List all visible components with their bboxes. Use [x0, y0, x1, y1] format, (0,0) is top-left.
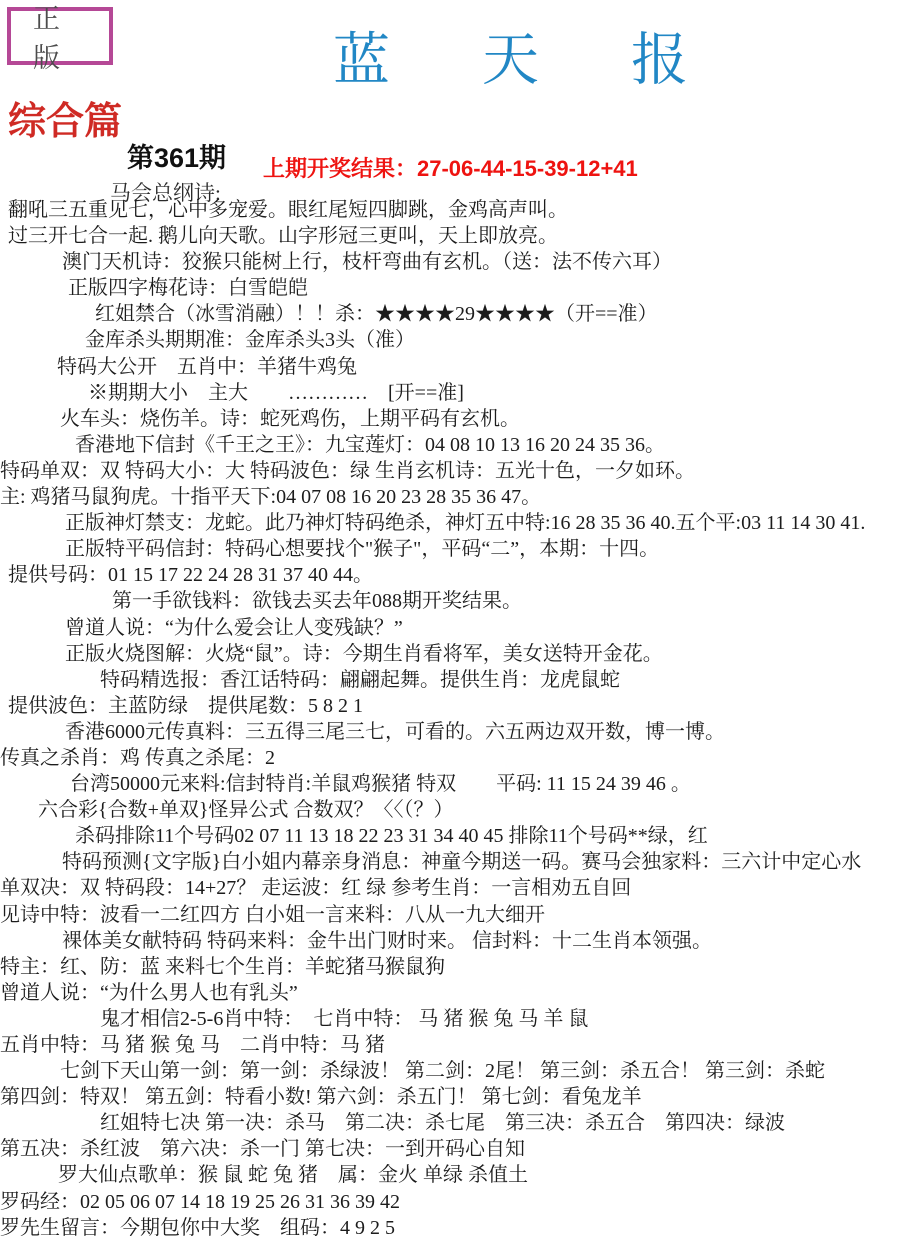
- text-line: 特码精选报：香江话特码：翩翩起舞。提供生肖：龙虎鼠蛇: [0, 667, 900, 693]
- text-line: 正版神灯禁支：龙蛇。此乃神灯特码绝杀，神灯五中特:16 28 35 36 40.…: [0, 510, 900, 536]
- text-line: 罗先生留言：今期包你中大奖 组码：4 9 2 5: [0, 1215, 900, 1241]
- text-line: 正版特平码信封：特码心想要找个"猴子"，平码“二”，本期：十四。: [0, 536, 900, 562]
- text-line: 罗码经：02 05 06 07 14 18 19 25 26 31 36 39 …: [0, 1189, 900, 1215]
- text-line: 第四剑：特双！ 第五剑：特看小数! 第六剑：杀五门！ 第七剑：看兔龙羊: [0, 1084, 900, 1110]
- text-line: 正版火烧图解：火烧“鼠”。诗：今期生肖看将军，美女送特开金花。: [0, 641, 900, 667]
- authentic-stamp: 正版: [7, 7, 113, 65]
- text-line: 澳门天机诗：狡猴只能树上行，枝杆弯曲有玄机。（送：法不传六耳）: [0, 249, 900, 275]
- text-line: 曾道人说：“为什么男人也有乳头”: [0, 980, 900, 1006]
- text-line: 曾道人说：“为什么爱会让人变残缺？”: [0, 615, 900, 641]
- text-line: 特主：红、防：蓝 来料七个生肖：羊蛇猪马猴鼠狗: [0, 954, 900, 980]
- text-line: 罗大仙点歌单：猴 鼠 蛇 兔 猪 属：金火 单绿 杀值土: [0, 1162, 900, 1188]
- text-line: 提供号码：01 15 17 22 24 28 31 37 40 44。: [0, 562, 900, 588]
- paper-title: 蓝天报: [333, 14, 780, 96]
- text-line: ※期期大小 主大 ………… [开==准]: [0, 380, 900, 406]
- text-line: 香港地下信封《千王之王》：九宝莲灯：04 08 10 13 16 20 24 3…: [0, 432, 900, 458]
- text-line: 翻吼三五重见七，心中多宠爱。眼红尾短四脚跳，金鸡高声叫。: [0, 197, 900, 223]
- text-line: 见诗中特：波看一二红四方 白小姐一言来料：八从一九大细开: [0, 902, 900, 928]
- text-line: 红姐禁合（冰雪消融）！！杀：★★★★29★★★★（开==准）: [0, 301, 900, 327]
- text-line: 单双决：双 特码段：14+27？ 走运波：红 绿 参考生肖：一言相劝五自回: [0, 875, 900, 901]
- text-line: 金库杀头期期准：金库杀头3头（准）: [0, 327, 900, 353]
- newspaper-page: 正版 蓝天报 综合篇 第361期 上期开奖结果：27-06-44-15-39-1…: [0, 0, 900, 1243]
- text-line: 裸体美女献特码 特码来料：金牛出门财时来。 信封料：十二生肖本领强。: [0, 928, 900, 954]
- text-line: 火车头：烧伤羊。诗：蛇死鸡伤，上期平码有玄机。: [0, 406, 900, 432]
- text-line: 鬼才相信2-5-6肖中特： 七肖中特： 马 猪 猴 兔 马 羊 鼠: [0, 1006, 900, 1032]
- text-line: 特码单双：双 特码大小：大 特码波色：绿 生肖玄机诗：五光十色，一夕如环。: [0, 458, 900, 484]
- text-line: 红姐特七决 第一决：杀马 第二决：杀七尾 第三决：杀五合 第四决：绿波: [0, 1110, 900, 1136]
- text-line: 特码预测{文字版}白小姐内幕亲身消息：神童今期送一码。赛马会独家料：三六计中定心…: [0, 849, 900, 875]
- text-line: 提供波色：主蓝防绿 提供尾数：5 8 2 1: [0, 693, 900, 719]
- text-line: 第五决：杀红波 第六决：杀一门 第七决：一到开码心自知: [0, 1136, 900, 1162]
- text-line: 特码大公开 五肖中：羊猪牛鸡兔: [0, 354, 900, 380]
- text-line: 第一手欲钱料：欲钱去买去年088期开奖结果。: [0, 588, 900, 614]
- text-line: 正版四字梅花诗：白雪皑皑: [0, 275, 900, 301]
- text-line: 香港6000元传真料：三五得三尾三七，可看的。六五两边双开数，博一博。: [0, 719, 900, 745]
- text-line: 过三开七合一起. 鹅儿向天歌。山字形冠三更叫，天上即放亮。: [0, 223, 900, 249]
- text-line: 六合彩{合数+单双}怪异公式 合数双？〈〈（？）: [0, 797, 900, 823]
- stamp-label: 正版: [33, 0, 109, 75]
- section-title: 综合篇: [8, 90, 122, 145]
- last-draw-result: 上期开奖结果：27-06-44-15-39-12+41: [263, 152, 638, 183]
- text-line: 五肖中特：马 猪 猴 兔 马 二肖中特：马 猪: [0, 1032, 900, 1058]
- text-line: 七剑下天山第一剑：第一剑：杀绿波！ 第二剑：2尾！ 第三剑：杀五合！ 第三剑：杀…: [0, 1058, 900, 1084]
- text-line: 主: 鸡猪马鼠狗虎。十指平天下:04 07 08 16 20 23 28 35 …: [0, 484, 900, 510]
- body-lines: 翻吼三五重见七，心中多宠爱。眼红尾短四脚跳，金鸡高声叫。过三开七合一起. 鹅儿向…: [0, 197, 900, 1241]
- issue-number: 第361期: [127, 136, 226, 175]
- text-line: 台湾50000元来料:信封特肖:羊鼠鸡猴猪 特双 平码: 11 15 24 39…: [0, 771, 900, 797]
- text-line: 杀码排除11个号码02 07 11 13 18 22 23 31 34 40 4…: [0, 823, 900, 849]
- text-line: 传真之杀肖：鸡 传真之杀尾：2: [0, 745, 900, 771]
